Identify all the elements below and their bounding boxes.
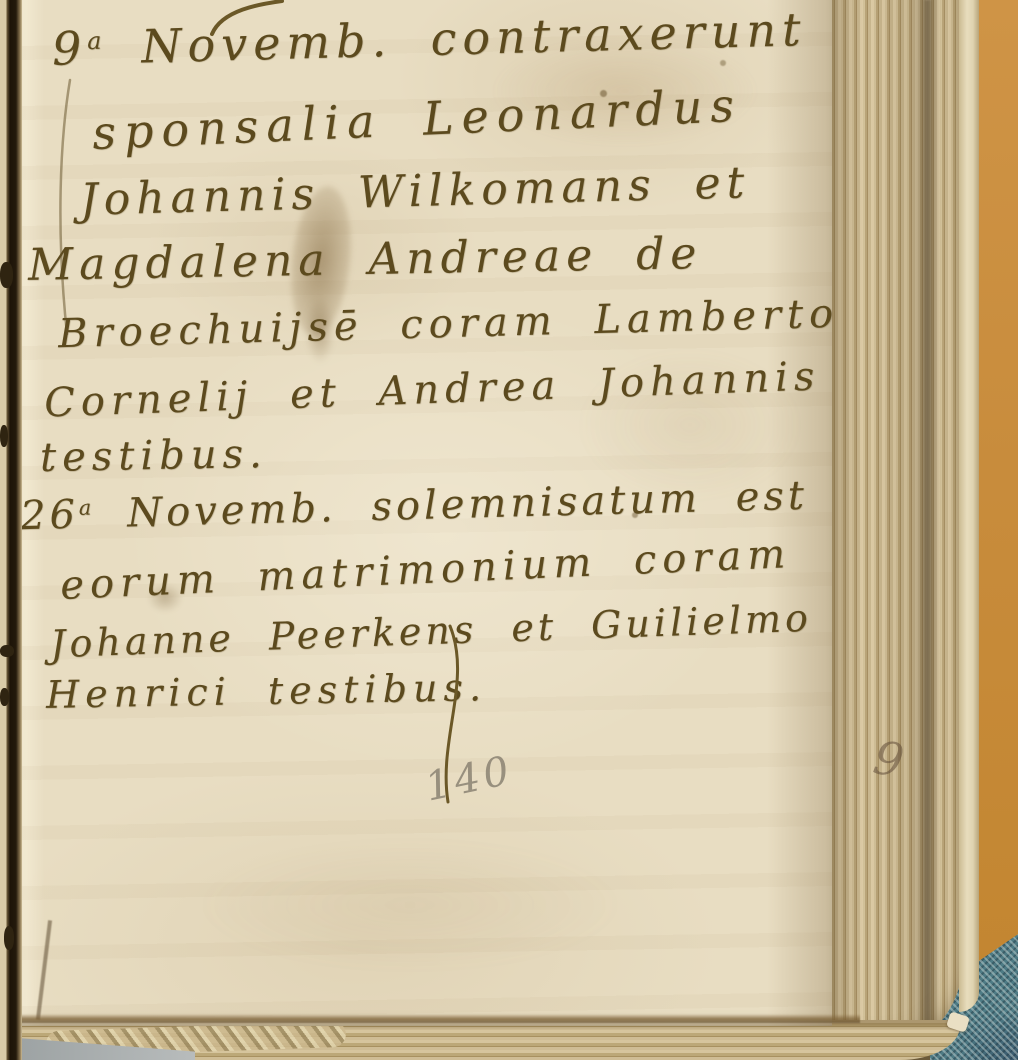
entry1-line1: 9a Novemb. contraxerunt (52, 6, 807, 72)
entry2-line4: Henrici testibus. (46, 668, 488, 714)
margin-ink-mark (0, 262, 13, 288)
date-nine-tail-stroke (60, 80, 70, 334)
page-crease-crack (36, 920, 52, 1020)
entry2-date-suffix: a (79, 496, 93, 520)
entry1-line3: Johannis Wilkomans et (80, 161, 751, 223)
pencil-folio-number: 140 (421, 747, 517, 810)
manuscript-page: 9a Novemb. contraxerunt sponsalia Leonar… (20, 0, 832, 1026)
margin-ink-mark (0, 645, 14, 657)
entry1-date-suffix: a (87, 27, 103, 55)
margin-ink-mark (0, 688, 9, 706)
ink-speck (720, 60, 726, 66)
entry2-line1: 26a Novemb. solemnisatum est (20, 476, 809, 537)
page-fore-edge-stack (830, 0, 963, 1048)
entry1-line6: Cornelij et Andrea Johannis (44, 356, 822, 423)
margin-ink-mark (4, 926, 14, 950)
entry2-line1-text: Novemb. solemnisatum est (127, 473, 809, 537)
entry2-date-number: 26 (20, 492, 80, 540)
manuscript-photo: 9 9a Novemb. contraxerunt sponsalia Leon… (0, 0, 1018, 1060)
entry1-line1-text: Novemb. contraxerunt (141, 2, 808, 73)
margin-ink-mark (0, 425, 8, 447)
cover-board-edge (959, 0, 979, 1012)
entry1-line5: Broechuijsē coram Lamberto (58, 294, 840, 354)
entry1-line7: testibus. (40, 434, 268, 478)
binding-gutter (0, 0, 22, 1060)
entry2-line2: eorum matrimonium coram (59, 534, 791, 606)
entry2-line3: Johanne Peerkens et Guilielmo (50, 599, 813, 664)
entry1-date-number: 9 (51, 21, 88, 76)
page-bottom-edge-line (20, 1014, 860, 1023)
stain-low-wash (200, 840, 620, 970)
fore-edge-crease (923, 0, 933, 1030)
entry1-line2: sponsalia Leonardus (91, 82, 742, 156)
entry1-line4: Magdalena Andreae de (28, 232, 703, 288)
